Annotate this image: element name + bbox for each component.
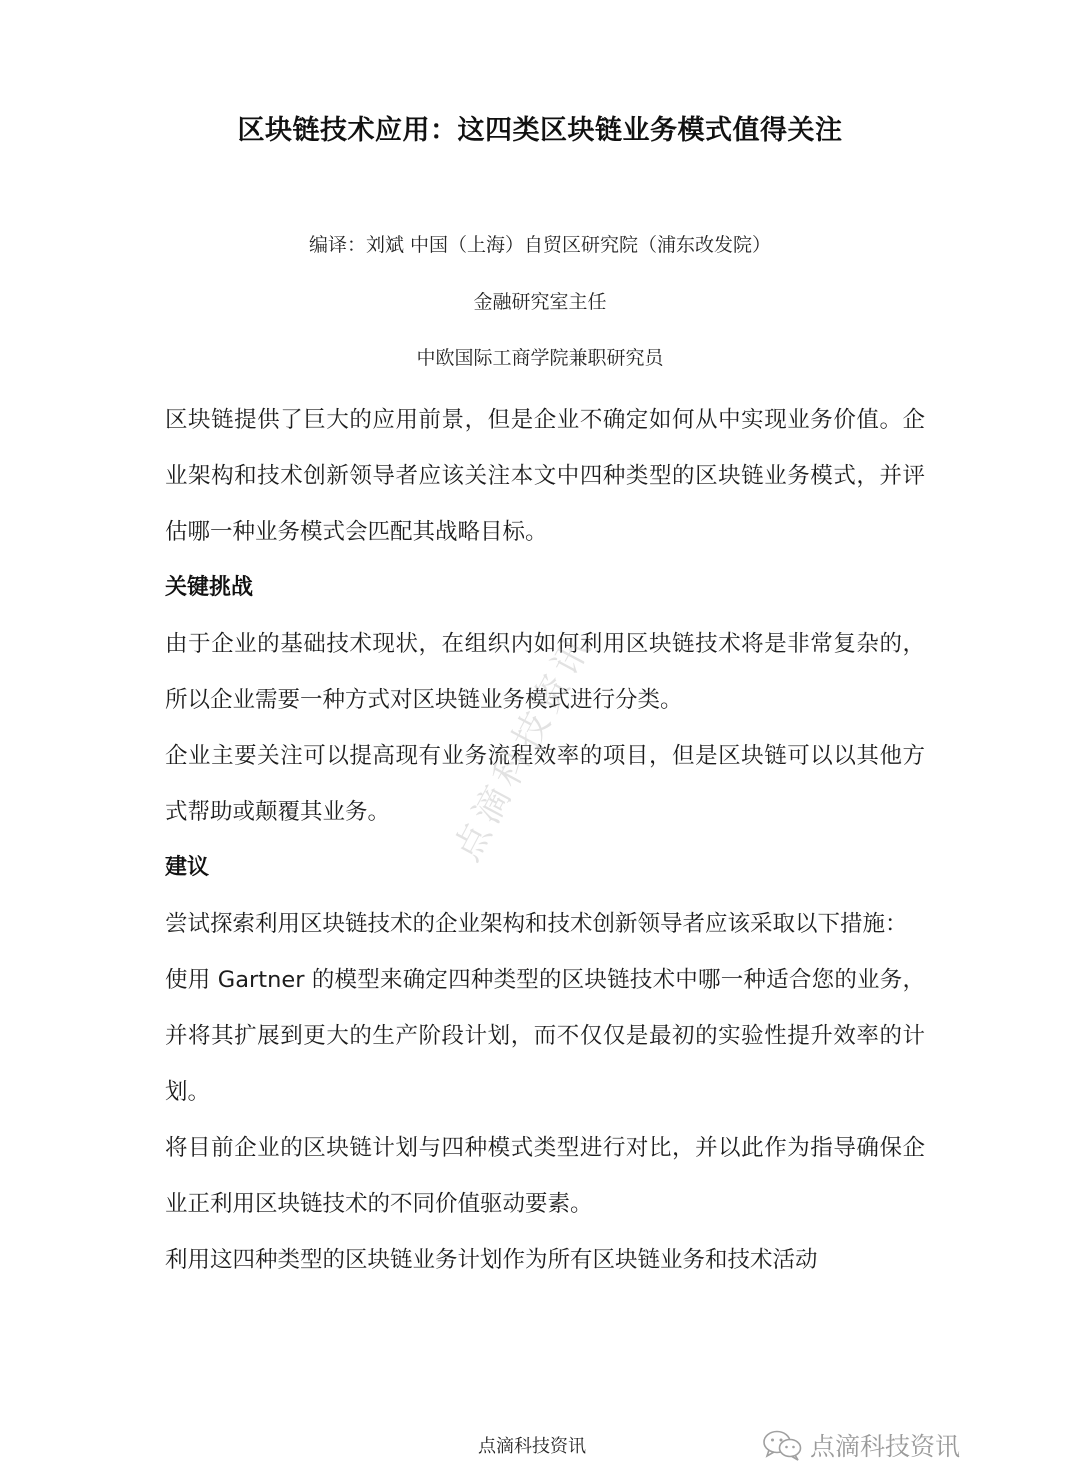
footer-brand-text: 点滴科技资讯 [810,1427,960,1463]
document-body: 区块链提供了巨大的应用前景，但是企业不确定如何从中实现业务价值。企业架构和技术创… [165,392,925,1288]
byline-translator: 编译：刘斌 中国（上海）自贸区研究院（浦东改发院） [0,230,1080,257]
document-title: 区块链技术应用：这四类区块链业务模式值得关注 [0,108,1080,147]
document-page: 区块链技术应用：这四类区块链业务模式值得关注 编译：刘斌 中国（上海）自贸区研究… [0,0,1080,1467]
paragraph: 尝试探索利用区块链技术的企业架构和技术创新领导者应该采取以下措施： [165,896,925,952]
wechat-icon [762,1429,804,1461]
footer-brand: 点滴科技资讯 [762,1427,960,1463]
intro-paragraph: 区块链提供了巨大的应用前景，但是企业不确定如何从中实现业务价值。企业架构和技术创… [165,392,925,560]
footer-source-label: 点滴科技资讯 [478,1432,586,1458]
paragraph: 利用这四种类型的区块链业务计划作为所有区块链业务和技术活动 [165,1232,925,1288]
paragraph: 企业主要关注可以提高现有业务流程效率的项目，但是区块链可以以其他方式帮助或颠覆其… [165,728,925,840]
paragraph: 使用 Gartner 的模型来确定四种类型的区块链技术中哪一种适合您的业务，并将… [165,952,925,1120]
byline-affiliation: 中欧国际工商学院兼职研究员 [0,343,1080,370]
byline-position: 金融研究室主任 [0,287,1080,314]
section-heading-key-challenges: 关键挑战 [165,560,925,616]
paragraph: 将目前企业的区块链计划与四种模式类型进行对比，并以此作为指导确保企业正利用区块链… [165,1120,925,1232]
section-heading-recommendations: 建议 [165,840,925,896]
paragraph: 由于企业的基础技术现状，在组织内如何利用区块链技术将是非常复杂的，所以企业需要一… [165,616,925,728]
